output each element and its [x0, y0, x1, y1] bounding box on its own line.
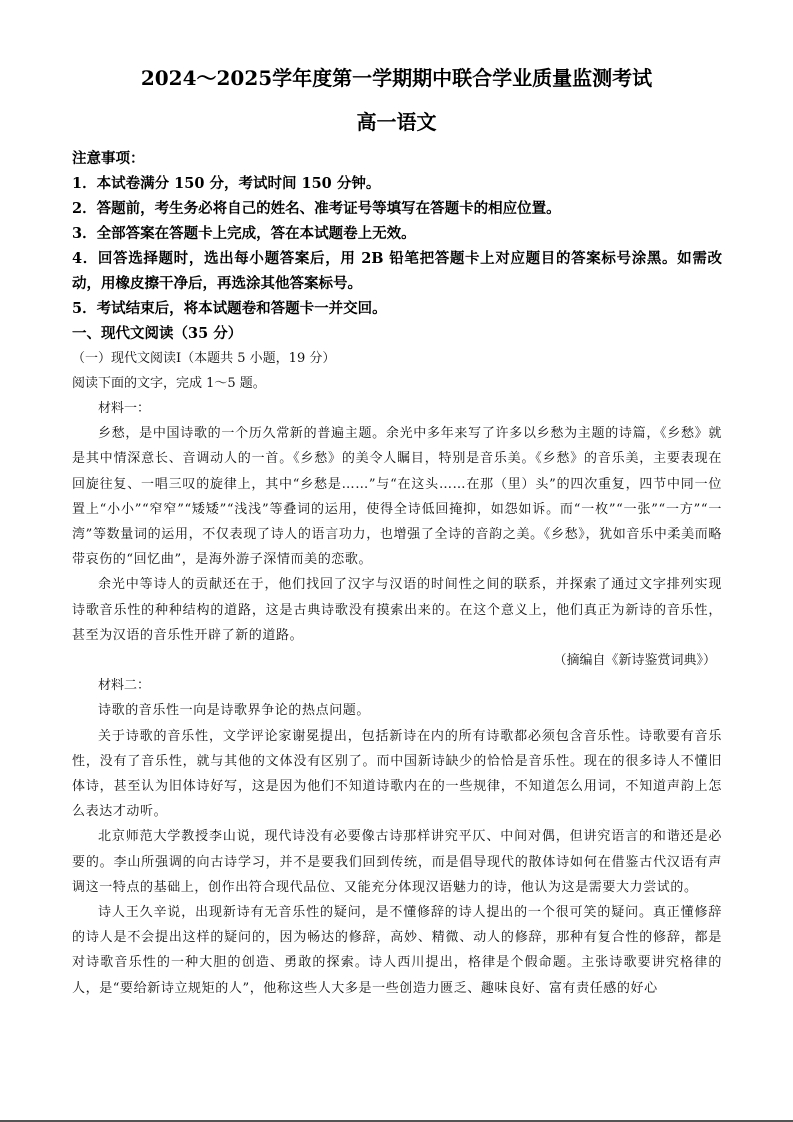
notice-item: 3．全部答案在答题卡上完成，答在本试题卷上无效。: [72, 221, 722, 246]
notice-item: 1．本试卷满分 150 分，考试时间 150 分钟。: [72, 171, 722, 196]
exam-title: 2024～2025学年度第一学期期中联合学业质量监测考试: [0, 62, 793, 91]
material-two-paragraph: 北京师范大学教授李山说，现代诗没有必要像古诗那样讲究平仄、中间对偶，但讲究语言的…: [72, 824, 722, 900]
exam-page: 2024～2025学年度第一学期期中联合学业质量监测考试 高一语文 注意事项： …: [0, 0, 793, 1122]
material-one-paragraph: 乡愁，是中国诗歌的一个历久常新的普遍主题。余光中多年来写了许多以乡愁为主题的诗篇…: [72, 421, 722, 572]
material-two-paragraph: 诗人王久辛说，出现新诗有无音乐性的疑问，是不懂修辞的诗人提出的一个很可笑的疑问。…: [72, 900, 722, 1001]
exam-subject: 高一语文: [0, 106, 793, 135]
material-two-paragraph: 关于诗歌的音乐性，文学评论家谢冕提出，包括新诗在内的所有诗歌都必须包含音乐性。诗…: [72, 724, 722, 825]
material-two-paragraph: 诗歌的音乐性一向是诗歌界争论的热点问题。: [72, 698, 722, 723]
section-subheading: （一）现代文阅读Ⅰ（本题共 5 小题，19 分）: [72, 346, 722, 371]
material-one-label: 材料一：: [72, 396, 722, 421]
notice-item: 2．答题前，考生务必将自己的姓名、准考证号等填写在答题卡的相应位置。: [72, 196, 722, 221]
notice-item: 4．回答选择题时，选出每小题答案后，用 2B 铅笔把答题卡上对应题目的答案标号涂…: [72, 246, 722, 296]
notice-heading: 注意事项：: [72, 146, 722, 171]
material-two-label: 材料二：: [72, 673, 722, 698]
material-one-paragraph: 余光中等诗人的贡献还在于，他们找回了汉字与汉语的时间性之间的联系，并探索了通过文…: [72, 572, 722, 648]
reading-instruction: 阅读下面的文字，完成 1～5 题。: [72, 371, 722, 396]
notice-item: 5．考试结束后，将本试题卷和答题卡一并交回。: [72, 296, 722, 321]
section-heading: 一、现代文阅读（35 分）: [72, 321, 722, 346]
material-one-source: （摘编自《新诗鉴赏词典》）: [72, 648, 722, 673]
page-content: 注意事项： 1．本试卷满分 150 分，考试时间 150 分钟。 2．答题前，考…: [72, 146, 722, 1001]
